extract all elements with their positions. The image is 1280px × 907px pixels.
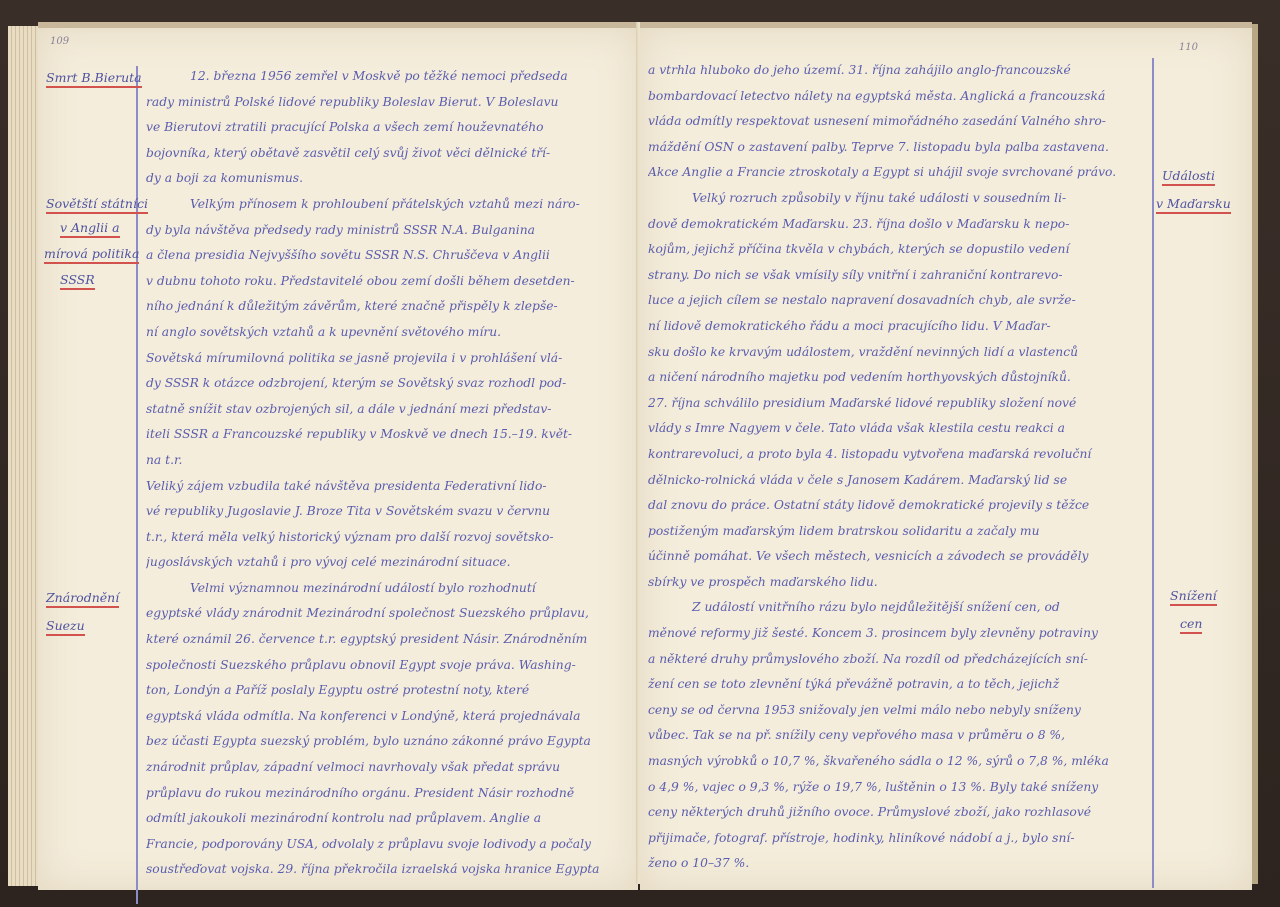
- text-line: Velmi významnou mezinárodní událostí byl…: [146, 576, 634, 602]
- text-line: znárodnit průplav, západní velmoci navrh…: [146, 755, 634, 781]
- text-line: Veliký zájem vzbudila také návštěva pres…: [146, 474, 634, 500]
- text-line: dy byla návštěva předsedy rady ministrů …: [146, 218, 634, 244]
- red-underline: [46, 634, 85, 636]
- red-underline: [44, 262, 139, 264]
- text-line: ního jednání k důležitým závěrům, které …: [146, 294, 634, 320]
- text-line: dělnicko-rolnická vláda v čele s Janosem…: [648, 468, 1148, 494]
- text-line: na t.r.: [146, 448, 634, 474]
- text-line: iteli SSSR a Francouzské republiky v Mos…: [146, 422, 634, 448]
- body-text: a vtrhla hluboko do jeho území. 31. říjn…: [648, 58, 1148, 877]
- text-line: soustřeďovat vojska. 29. října překročil…: [146, 857, 634, 883]
- text-line: měnové reformy již šesté. Koncem 3. pros…: [648, 621, 1148, 647]
- red-underline: [1162, 184, 1215, 186]
- margin-rule: [1152, 58, 1154, 888]
- text-line: Francie, podporovány USA, odvolaly z prů…: [146, 832, 634, 858]
- text-line: dy a boji za komunismus.: [146, 166, 634, 192]
- margin-note: mírová politika: [44, 246, 139, 264]
- text-line: účinně pomáhat. Ve všech městech, vesnic…: [648, 544, 1148, 570]
- text-line: vlády s Imre Nagyem v čele. Tato vláda v…: [648, 416, 1148, 442]
- text-line: ceny se od června 1953 snižovaly jen vel…: [648, 698, 1148, 724]
- text-line: vláda odmítly respektovat usnesení mimoř…: [648, 109, 1148, 135]
- text-line: bombardovací letectvo nálety na egyptská…: [648, 84, 1148, 110]
- page-number: 109: [50, 36, 69, 47]
- red-underline: [60, 288, 95, 290]
- text-line: v dubnu tohoto roku. Představitelé obou …: [146, 269, 634, 295]
- margin-note: v Anglii a: [60, 220, 120, 238]
- text-line: Velkým přínosem k prohloubení přátelskýc…: [146, 192, 634, 218]
- text-line: odmítl jakoukoli mezinárodní kontrolu na…: [146, 806, 634, 832]
- body-text: 12. března 1956 zemřel v Moskvě po těžké…: [146, 64, 634, 883]
- text-line: egyptská vláda odmítla. Na konferenci v …: [146, 704, 634, 730]
- text-line: Akce Anglie a Francie ztroskotaly a Egyp…: [648, 160, 1148, 186]
- red-underline: [1180, 632, 1202, 634]
- text-line: Z událostí vnitřního rázu bylo nejdůleži…: [648, 595, 1148, 621]
- text-line: a člena presidia Nejvyššího sovětu SSSR …: [146, 243, 634, 269]
- margin-note-text: Události: [1162, 168, 1215, 183]
- text-line: ní lidově demokratického řádu a moci pra…: [648, 314, 1148, 340]
- page-edges-left: [8, 26, 40, 886]
- text-line: ceny některých druhů jižního ovoce. Prům…: [648, 800, 1148, 826]
- margin-note: v Maďarsku: [1156, 196, 1231, 214]
- margin-note: Sovětští státníci: [46, 196, 148, 214]
- text-line: průplavu do rukou mezinárodního orgánu. …: [146, 781, 634, 807]
- text-line: statně snížit stav ozbrojených sil, a dá…: [146, 397, 634, 423]
- page-number: 110: [1179, 42, 1198, 53]
- text-line: postiženým maďarským lidem bratrskou sol…: [648, 519, 1148, 545]
- text-line: a vtrhla hluboko do jeho území. 31. říjn…: [648, 58, 1148, 84]
- text-line: dy SSSR k otázce odzbrojení, kterým se S…: [146, 371, 634, 397]
- text-line: sbírky ve prospěch maďarského lidu.: [648, 570, 1148, 596]
- margin-note: Události: [1162, 168, 1215, 186]
- margin-note-text: Sovětští státníci: [46, 196, 148, 211]
- text-line: t.r., která měla velký historický význam…: [146, 525, 634, 551]
- text-line: Velký rozruch způsobily v říjnu také udá…: [648, 186, 1148, 212]
- margin-note-text: Znárodnění: [46, 590, 119, 605]
- text-line: dal znovu do práce. Ostatní státy lidově…: [648, 493, 1148, 519]
- left-page: 109 Smrt B.BierutaSovětští státníciv Ang…: [38, 22, 638, 890]
- margin-note-text: v Maďarsku: [1156, 196, 1231, 211]
- text-line: jugoslávských vztahů i pro vývoj celé me…: [146, 550, 634, 576]
- text-line: a ničení národního majetku pod vedením h…: [648, 365, 1148, 391]
- text-line: přijimače, fotograf. přístroje, hodinky,…: [648, 826, 1148, 852]
- text-line: a některé druhy průmyslového zboží. Na r…: [648, 647, 1148, 673]
- text-line: kontrarevoluci, a proto byla 4. listopad…: [648, 442, 1148, 468]
- text-line: ženo o 10–37 %.: [648, 851, 1148, 877]
- text-line: žení cen se toto zlevnění týká převážně …: [648, 672, 1148, 698]
- text-line: Sovětská mírumilovná politika se jasně p…: [146, 346, 634, 372]
- margin-note-text: Suezu: [46, 618, 85, 633]
- text-line: ton, Londýn a Paříž poslaly Egyptu ostré…: [146, 678, 634, 704]
- text-line: které oznámil 26. července t.r. egyptský…: [146, 627, 634, 653]
- red-underline: [1170, 604, 1217, 606]
- text-line: bojovníka, který obětavě zasvětil celý s…: [146, 141, 634, 167]
- margin-note-text: mírová politika: [44, 246, 139, 261]
- text-line: vůbec. Tak se na př. snížily ceny vepřov…: [648, 723, 1148, 749]
- red-underline: [1156, 212, 1231, 214]
- text-line: rady ministrů Polské lidové republiky Bo…: [146, 90, 634, 116]
- text-line: ve Bierutovi ztratili pracující Polska a…: [146, 115, 634, 141]
- text-line: společnosti Suezského průplavu obnovil E…: [146, 653, 634, 679]
- text-line: sku došlo ke krvavým událostem, vraždění…: [648, 340, 1148, 366]
- margin-note: Suezu: [46, 618, 85, 636]
- book-spread: 109 Smrt B.BierutaSovětští státníciv Ang…: [0, 0, 1280, 907]
- red-underline: [60, 236, 120, 238]
- margin-note: Znárodnění: [46, 590, 119, 608]
- text-line: egyptské vlády znárodnit Mezinárodní spo…: [146, 601, 634, 627]
- margin-note-text: Smrt B.Bieruta: [46, 70, 142, 85]
- text-line: 27. října schválilo presidium Maďarské l…: [648, 391, 1148, 417]
- red-underline: [46, 212, 148, 214]
- text-line: kojům, jejichž příčina tkvěla v chybách,…: [648, 237, 1148, 263]
- text-line: o 4,9 %, vajec o 9,3 %, rýže o 19,7 %, l…: [648, 775, 1148, 801]
- text-line: strany. Do nich se však vmísily síly vni…: [648, 263, 1148, 289]
- right-page: 110 Událostiv MaďarskuSníženícen a vtrhl…: [640, 22, 1252, 890]
- text-line: máždění OSN o zastavení palby. Teprve 7.…: [648, 135, 1148, 161]
- margin-note: Smrt B.Bieruta: [46, 70, 142, 88]
- margin-note-text: Snížení: [1170, 588, 1217, 603]
- margin-note: SSSR: [60, 272, 95, 290]
- text-line: ní anglo sovětských vztahů a k upevnění …: [146, 320, 634, 346]
- text-line: 12. března 1956 zemřel v Moskvě po těžké…: [146, 64, 634, 90]
- text-line: luce a jejich cílem se nestalo napravení…: [648, 288, 1148, 314]
- text-line: masných výrobků o 10,7 %, škvařeného sád…: [648, 749, 1148, 775]
- margin-note: cen: [1180, 616, 1202, 634]
- text-line: vé republiky Jugoslavie J. Broze Tita v …: [146, 499, 634, 525]
- text-line: bez účasti Egypta suezský problém, bylo …: [146, 729, 634, 755]
- margin-note-text: SSSR: [60, 272, 95, 287]
- margin-rule: [136, 66, 138, 904]
- text-line: dově demokratickém Maďarsku. 23. října d…: [648, 212, 1148, 238]
- margin-note-text: cen: [1180, 616, 1202, 631]
- margin-note: Snížení: [1170, 588, 1217, 606]
- margin-note-text: v Anglii a: [60, 220, 120, 235]
- red-underline: [46, 86, 142, 88]
- red-underline: [46, 606, 119, 608]
